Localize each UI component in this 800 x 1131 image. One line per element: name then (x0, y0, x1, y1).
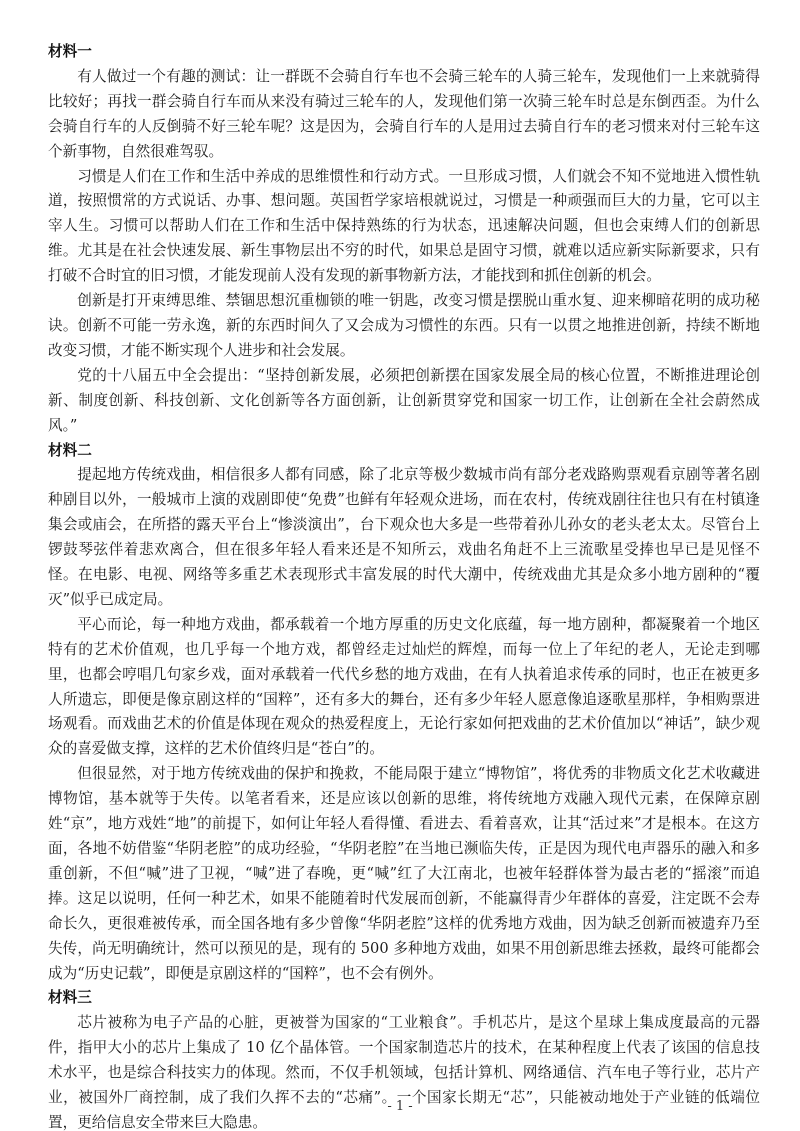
paragraph: 有人做过一个有趣的测试：让一群既不会骑自行车也不会骑三轮车的人骑三轮车，发现他们… (48, 65, 760, 165)
section-title: 材料一 (48, 40, 760, 65)
section-material-1: 材料一 有人做过一个有趣的测试：让一群既不会骑自行车也不会骑三轮车的人骑三轮车，… (48, 40, 760, 439)
paragraph: 但很显然，对于地方传统戏曲的保护和挽救，不能局限于建立“博物馆”，将优秀的非物质… (48, 762, 760, 986)
page-number: - 1 - (0, 1099, 800, 1114)
section-material-2: 材料二 提起地方传统戏曲，相信很多人都有同感，除了北京等极少数城市尚有部分老戏路… (48, 439, 760, 987)
paragraph: 党的十八届五中全会提出：“坚持创新发展，必须把创新摆在国家发展全局的核心位置，不… (48, 364, 760, 439)
paragraph: 平心而论，每一种地方戏曲，都承载着一个地方厚重的历史文化底蕴，每一地方剧种，都凝… (48, 613, 760, 762)
document-page: 材料一 有人做过一个有趣的测试：让一群既不会骑自行车也不会骑三轮车的人骑三轮车，… (48, 40, 760, 1131)
paragraph: 习惯是人们在工作和生活中养成的思维惯性和行动方式。一旦形成习惯，人们就会不知不觉… (48, 165, 760, 290)
paragraph: 提起地方传统戏曲，相信很多人都有同感，除了北京等极少数城市尚有部分老戏路购票观看… (48, 463, 760, 612)
section-title: 材料二 (48, 439, 760, 464)
paragraph: 创新是打开束缚思维、禁锢思想沉重枷锁的唯一钥匙，改变习惯是摆脱山重水复、迎来柳暗… (48, 289, 760, 364)
section-title: 材料三 (48, 986, 760, 1011)
